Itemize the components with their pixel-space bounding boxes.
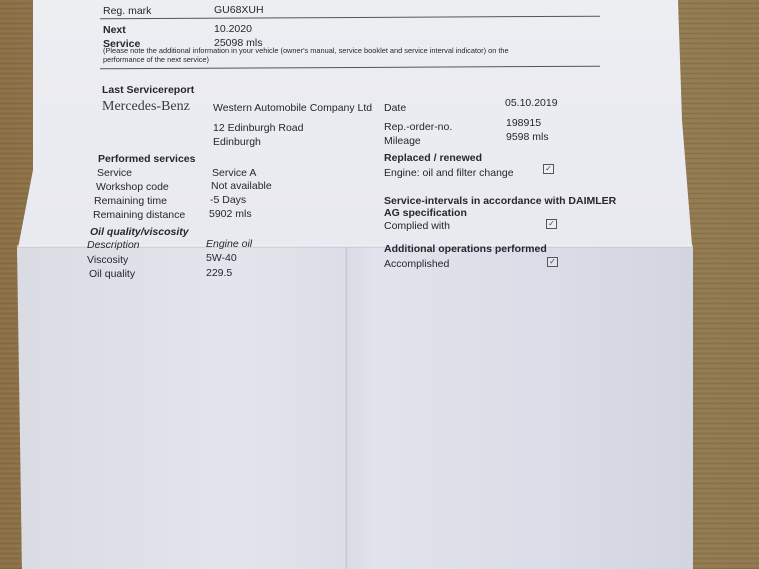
intervals-title-line-2: AG specification (384, 207, 467, 219)
remaining-distance-value: 5902 mls (209, 208, 252, 220)
mileage-label: Mileage (384, 135, 421, 147)
order-number-value: 198915 (506, 117, 541, 129)
replaced-item-label: Engine: oil and filter change (384, 167, 514, 179)
checkbox-checked-icon: ✓ (546, 219, 557, 229)
date-value: 05.10.2019 (505, 97, 558, 109)
intervals-title-line-1: Service-intervals in accordance with DAI… (384, 195, 616, 207)
next-date-value: 10.2020 (214, 23, 252, 35)
oil-title: Oil quality/viscosity (90, 226, 189, 238)
workshop-code-label: Workshop code (96, 181, 169, 193)
paper-fold-vertical (345, 247, 348, 569)
order-number-label: Rep.-order-no. (384, 121, 452, 133)
brand-logo-text: Mercedes-Benz (102, 99, 190, 115)
checkbox-checked-icon: ✓ (547, 257, 558, 267)
oil-description-value: Engine oil (206, 238, 252, 250)
last-service-title: Last Servicereport (102, 84, 194, 96)
next-label: Next (103, 24, 126, 36)
remaining-time-label: Remaining time (94, 195, 167, 207)
checkbox-checked-icon: ✓ (543, 164, 554, 174)
oil-quality-value: 229.5 (206, 267, 232, 279)
workshop-code-value: Not available (211, 180, 272, 192)
performed-services-title: Performed services (98, 153, 195, 165)
dealer-name: Western Automobile Company Ltd (213, 102, 372, 114)
service-type-value: Service A (212, 167, 256, 179)
viscosity-label: Viscosity (87, 254, 128, 266)
remaining-distance-label: Remaining distance (93, 209, 185, 221)
service-type-label: Service (97, 167, 132, 179)
intervals-item-label: Complied with (384, 220, 450, 232)
replaced-title: Replaced / renewed (384, 152, 482, 164)
oil-description-label: Description (87, 239, 140, 251)
service-report-page-lower-fold (0, 247, 759, 569)
oil-quality-label: Oil quality (89, 268, 135, 280)
additional-ops-title: Additional operations performed (384, 243, 547, 255)
reg-mark-label: Reg. mark (103, 5, 151, 17)
additional-ops-item-label: Accomplished (384, 258, 449, 270)
remaining-time-value: -5 Days (210, 194, 246, 206)
note-line-2: performance of the next service) (103, 56, 209, 65)
dealer-address-line-2: Edinburgh (213, 136, 261, 148)
dealer-address-line-1: 12 Edinburgh Road (213, 122, 304, 134)
date-label: Date (384, 102, 406, 114)
reg-mark-value: GU68XUH (214, 4, 264, 16)
viscosity-value: 5W-40 (206, 252, 237, 264)
mileage-value: 9598 mls (506, 131, 549, 143)
